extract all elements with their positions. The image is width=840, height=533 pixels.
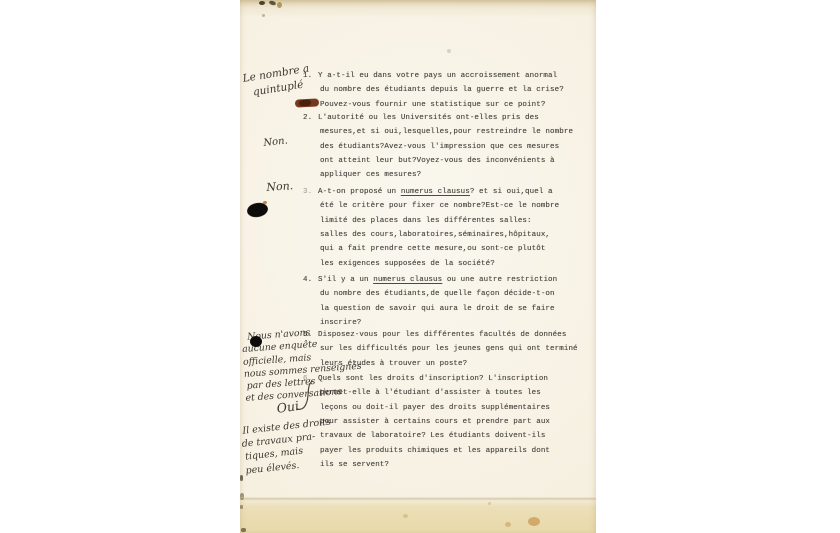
question-4: 4.S'il y a un numerus clausus ou une aut… bbox=[318, 273, 557, 330]
typed-line: salles des cours,laboratoires,séminaires… bbox=[320, 228, 559, 242]
typed-line: appliquer ces mesures? bbox=[320, 168, 573, 182]
gray-freckle bbox=[447, 49, 451, 53]
stain-bottom-2 bbox=[505, 522, 511, 527]
scan-canvas: 1.Y a-t-il eu dans votre pays un accrois… bbox=[0, 0, 840, 533]
note-non-2: Non. bbox=[266, 180, 294, 194]
question-3: 3.A-t-on proposé un numerus clausus? et … bbox=[318, 185, 559, 271]
typed-line: les exigences supposées de la société? bbox=[320, 257, 559, 271]
typed-line: du nombre des étudiants,de quelle façon … bbox=[320, 287, 557, 301]
note-droits: Il existe des droitsde travaux pra-tique… bbox=[240, 418, 336, 480]
typed-line: travaux de laboratoire? Les étudiants do… bbox=[320, 429, 550, 443]
top-speck-4 bbox=[262, 14, 265, 17]
fold-crease bbox=[240, 497, 596, 500]
question-1: 1.Y a-t-il eu dans votre pays un accrois… bbox=[318, 69, 564, 112]
stain-bottom-3 bbox=[403, 514, 408, 518]
stain-bottom-1 bbox=[528, 517, 540, 526]
handwriting-line: Non. bbox=[263, 136, 289, 150]
question-number-2: 2. bbox=[303, 111, 312, 125]
top-speck-1 bbox=[259, 1, 265, 5]
edge-speck-1 bbox=[240, 475, 243, 481]
typed-line: été le critère pour fixer ce nombre?Est-… bbox=[320, 199, 559, 213]
question-number-4: 4. bbox=[303, 273, 312, 287]
typed-line: qui a fait prendre cette mesure,ou sont-… bbox=[320, 242, 559, 256]
typed-line: S'il y a un numerus clausus ou une autre… bbox=[318, 273, 557, 287]
note-non-1: Non. bbox=[263, 136, 289, 150]
ink-blot-fleck bbox=[263, 201, 267, 204]
typed-line: limité des places dans les différentes s… bbox=[320, 214, 559, 228]
question-2: 2.L'autorité ou les Universités ont-elle… bbox=[318, 111, 573, 183]
typed-line: ont atteint leur but?Voyez-vous des inco… bbox=[320, 154, 573, 168]
stain-bottom-4 bbox=[488, 502, 491, 505]
typed-line: payer les produits chimiques et les appa… bbox=[320, 444, 550, 458]
typed-line: mesures,et si oui,lesquelles,pour restre… bbox=[320, 125, 573, 139]
typed-line: du nombre des étudiants depuis la guerre… bbox=[320, 83, 564, 97]
typed-line: A-t-on proposé un numerus clausus? et si… bbox=[318, 185, 559, 199]
edge-speck-3 bbox=[240, 505, 243, 509]
edge-speck-4 bbox=[241, 528, 246, 532]
top-speck-3 bbox=[277, 2, 282, 8]
ink-dot bbox=[250, 336, 262, 347]
handwriting-line: Non. bbox=[266, 180, 294, 194]
typed-line: pour assister à certains cours et prendr… bbox=[320, 415, 550, 429]
typed-line: L'autorité ou les Universités ont-elles … bbox=[318, 111, 573, 125]
typed-line: des étudiants?Avez-vous l'impression que… bbox=[320, 140, 573, 154]
typed-line: la question de savoir qui aura le droit … bbox=[320, 302, 557, 316]
typed-line: ils se servent? bbox=[320, 458, 550, 472]
oui-bracket-stroke bbox=[297, 380, 315, 416]
typed-line: Pouvez-vous fournir une statistique sur … bbox=[320, 98, 564, 112]
question-number-3: 3. bbox=[303, 185, 312, 199]
red-smudge-core bbox=[299, 100, 311, 107]
typed-line: Y a-t-il eu dans votre pays un accroisse… bbox=[318, 69, 564, 83]
typed-line: leçons ou doit-il payer des droits suppl… bbox=[320, 401, 550, 415]
